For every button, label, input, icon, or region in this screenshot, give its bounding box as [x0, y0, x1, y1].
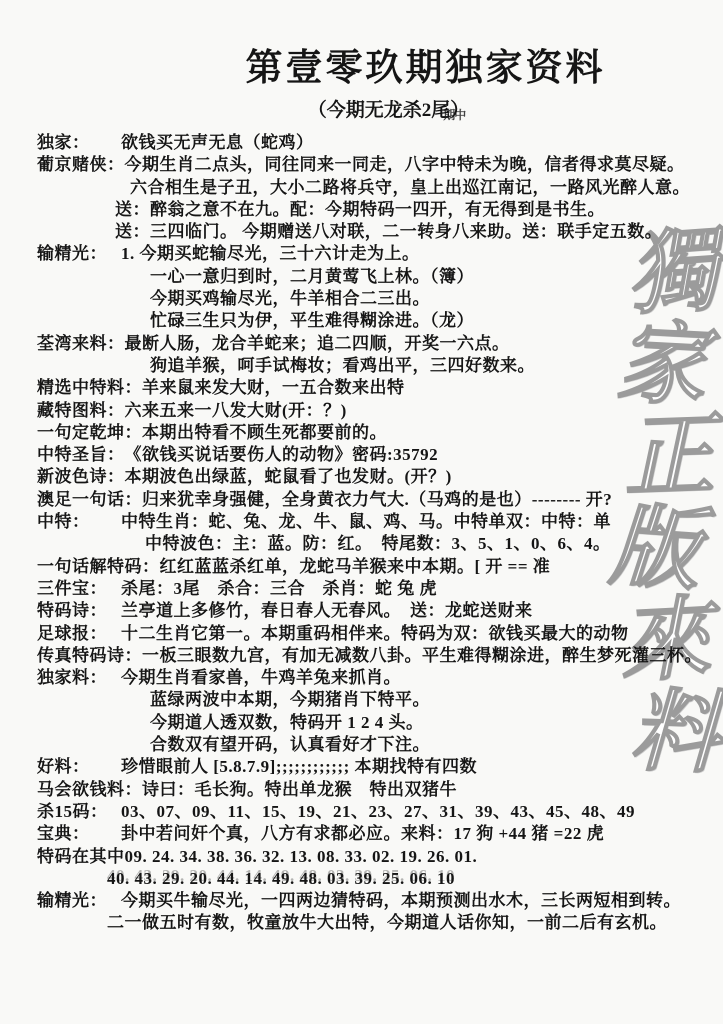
- line-text: 本期波色出绿蓝，蛇鼠看了也发财。(开？): [125, 467, 452, 486]
- line-text: 今期买鸡输尽光，牛羊相合二三出。: [150, 289, 430, 308]
- line-label: 输精光：: [37, 243, 121, 265]
- line-label: 精选中特料：: [37, 377, 142, 399]
- doc-line: 足球报：十二生肖它第一。本期重码相伴来。特码为双：欲钱买最大的动物: [37, 623, 717, 645]
- line-text: 今期生肖二点头，同往同来一同走，八字中特未为晚，信者得求莫尽疑。: [125, 155, 685, 174]
- doc-line: 狗追羊猴，呵手试梅妆；看鸡出平，三四好数来。: [37, 355, 717, 377]
- doc-line: 好料：珍惜眼前人 [5.8.7.9];;;;;;;;;;;; 本期找特有四数: [37, 756, 717, 778]
- line-label: 传真特码诗：: [37, 645, 142, 667]
- doc-line: 特码诗：兰亭道上多修竹，春日春人无春风。 送：龙蛇送财来: [37, 600, 717, 622]
- doc-line: 送：醉翁之意不在九。配：今期特码一四开，有无得到是书生。: [37, 199, 717, 221]
- line-text: 狗追羊猴，呵手试梅妆；看鸡出平，三四好数来。: [150, 356, 535, 375]
- line-label: 澳足一句话：: [37, 489, 142, 511]
- line-text: 中特波色：主：蓝。防：红。 特尾数：3、5、1、0、6、4。: [145, 534, 611, 553]
- line-text: 珍惜眼前人 [5.8.7.9];;;;;;;;;;;; 本期找特有四数: [121, 757, 477, 776]
- doc-line: 精选中特料：羊来鼠来发大财，一五合数来出特: [37, 377, 717, 399]
- doc-line: 荃湾来料：最断人肠，龙合羊蛇来；追二四顺，开奖一六点。: [37, 333, 717, 355]
- doc-line: 中特圣旨：《欲钱买说话要伤人的动物》密码:35792: [37, 444, 717, 466]
- doc-line: 中特：中特生肖：蛇、兔、龙、牛、鼠、鸡、马。中特单双：中特：单: [37, 511, 717, 533]
- doc-line: 澳足一句话：归来犹幸身强健，全身黄衣力气大.（马鸡的是也）-------- 开?: [37, 489, 717, 511]
- line-text: 诗曰：毛长狗。特出单龙猴 特出双猪牛: [142, 780, 457, 799]
- line-label: 特码在其中: [37, 846, 125, 868]
- doc-line: 马会欲钱料：诗曰：毛长狗。特出单龙猴 特出双猪牛: [37, 779, 717, 801]
- doc-line: 一句话解特码：红红蓝蓝杀红单，龙蛇马羊猴来中本期。[ 开 == 准: [37, 556, 717, 578]
- line-label: 新波色诗：: [37, 466, 125, 488]
- line-label: 荃湾来料：: [37, 333, 125, 355]
- line-text: 归来犹幸身强健，全身黄衣力气大.（马鸡的是也）-------- 开?: [142, 490, 612, 509]
- line-text: 1. 今期买蛇输尽光，三十六计走为上。: [121, 244, 420, 263]
- doc-line: 今期道人透双数，特码开 1 2 4 头。: [37, 712, 717, 734]
- line-text: 六来五来一八发大财(开：？): [125, 401, 347, 420]
- line-label: 独家：: [37, 132, 121, 154]
- document-page: 獨家正版來料 第壹零玖期独家资料 （今期无龙杀2尾）期中 独家：欲钱买无声无息（…: [0, 0, 723, 1024]
- line-text: 蓝绿两波中本期，今期猪肖下特平。: [150, 690, 430, 709]
- line-label: 好料：: [37, 756, 121, 778]
- line-text: 羊来鼠来发大财，一五合数来出特: [142, 378, 405, 397]
- doc-line: 藏特图料：六来五来一八发大财(开：？): [37, 400, 717, 422]
- line-text: 中特生肖：蛇、兔、龙、牛、鼠、鸡、马。中特单双：中特：单: [121, 512, 611, 531]
- doc-line: 独家料：今期生肖看家兽，牛鸡羊兔来抓肖。: [37, 667, 717, 689]
- doc-line: 合数双有望开码，认真看好才下注。: [37, 734, 717, 756]
- line-text: 03、07、09、11、15、19、21、23、27、31、39、43、45、4…: [121, 802, 635, 821]
- line-text: 杀尾：3尾 杀合：三合 杀肖：蛇 兔 虎: [121, 579, 437, 598]
- doc-line: 送：三四临门。 今期赠送八对联，二一转身八来助。送：联手定五数。: [37, 221, 717, 243]
- line-text: 忙碌三生只为伊，平生难得糊涂进。（龙）: [150, 311, 474, 330]
- line-text: 送：醉翁之意不在九。配：今期特码一四开，有无得到是书生。: [115, 200, 605, 219]
- line-label: 特码诗：: [37, 600, 121, 622]
- line-text: 二一做五时有数，牧童放牛大出特，今期道人话你知，一前二后有玄机。: [107, 913, 667, 932]
- doc-line: 二一做五时有数，牧童放牛大出特，今期道人话你知，一前二后有玄机。: [37, 912, 717, 934]
- line-text: 一心一意归到时，二月黄莺飞上林。（簿）: [150, 267, 474, 286]
- line-label: 足球报：: [37, 623, 121, 645]
- doc-line: 葡京赌侠：今期生肖二点头，同往同来一同走，八字中特未为晚，信者得求莫尽疑。: [37, 154, 717, 176]
- page-title: 第壹零玖期独家资料: [64, 44, 723, 94]
- line-label: 三件宝：: [37, 578, 121, 600]
- line-label: 葡京赌侠：: [37, 154, 125, 176]
- line-text: 红红蓝蓝杀红单，龙蛇马羊猴来中本期。[ 开 == 准: [160, 557, 551, 576]
- doc-line: 六合相生是子丑，大小二路将兵守，皇上出巡江南记，一路风光醉人意。: [37, 177, 717, 199]
- line-text: 送：三四临门。 今期赠送八对联，二一转身八来助。送：联手定五数。: [115, 222, 662, 241]
- line-text: 今期买牛输尽光，一四两边猜特码，本期预测出水木，三长两短相到转。: [121, 891, 681, 910]
- doc-line: 独家：欲钱买无声无息（蛇鸡）: [37, 132, 717, 154]
- document-header: 第壹零玖期独家资料 （今期无龙杀2尾）期中: [0, 44, 723, 125]
- page-subtitle: （今期无龙杀2尾）期中: [38, 98, 723, 125]
- line-text: 十二生肖它第一。本期重码相伴来。特码为双：欲钱买最大的动物: [121, 624, 629, 643]
- line-text: 欲钱买无声无息（蛇鸡）: [121, 133, 314, 152]
- line-label: 一句话解特码：: [37, 556, 160, 578]
- line-label: 一句定乾坤：: [37, 422, 142, 444]
- document-body: 独家：欲钱买无声无息（蛇鸡）葡京赌侠：今期生肖二点头，同往同来一同走，八字中特未…: [0, 132, 723, 935]
- line-text: 卦中若问奸个真，八方有求都必应。来料：17 狗 +44 猪 =22 虎: [121, 824, 604, 843]
- line-label: 藏特图料：: [37, 400, 125, 422]
- line-label: 中特：: [37, 511, 121, 533]
- doc-line: 一句定乾坤：本期出特看不顾生死都要前的。: [37, 422, 717, 444]
- line-text: 《欲钱买说话要伤人的动物》密码:35792: [125, 445, 439, 464]
- line-label: 宝典：: [37, 823, 121, 845]
- line-text: 最断人肠，龙合羊蛇来；追二四顺，开奖一六点。: [125, 334, 510, 353]
- doc-line: 40. 43. 29. 20. 44. 14. 49. 48. 03. 39. …: [37, 868, 717, 890]
- doc-line: 宝典：卦中若问奸个真，八方有求都必应。来料：17 狗 +44 猪 =22 虎: [37, 823, 717, 845]
- line-text: 兰亭道上多修竹，春日春人无春风。 送：龙蛇送财来: [121, 601, 533, 620]
- doc-line: 中特波色：主：蓝。防：红。 特尾数：3、5、1、0、6、4。: [37, 533, 717, 555]
- doc-line: 蓝绿两波中本期，今期猪肖下特平。: [37, 689, 717, 711]
- line-label: 独家料：: [37, 667, 121, 689]
- doc-line: 一心一意归到时，二月黄莺飞上林。（簿）: [37, 266, 717, 288]
- line-text: 一板三眼数九宫，有加无减数八卦。平生难得糊涂进，醉生梦死灌三杯。: [142, 646, 702, 665]
- doc-line: 传真特码诗：一板三眼数九宫，有加无减数八卦。平生难得糊涂进，醉生梦死灌三杯。: [37, 645, 717, 667]
- doc-line: 输精光：今期买牛输尽光，一四两边猜特码，本期预测出水木，三长两短相到转。: [37, 890, 717, 912]
- line-label: 杀15码：: [37, 801, 121, 823]
- doc-line: 输精光：1. 今期买蛇输尽光，三十六计走为上。: [37, 243, 717, 265]
- line-label: 中特圣旨：: [37, 444, 125, 466]
- line-label: 输精光：: [37, 890, 121, 912]
- doc-line: 杀15码：03、07、09、11、15、19、21、23、27、31、39、43…: [37, 801, 717, 823]
- line-label: 马会欲钱料：: [37, 779, 142, 801]
- line-text: 合数双有望开码，认真看好才下注。: [150, 735, 430, 754]
- line-text: 六合相生是子丑，大小二路将兵守，皇上出巡江南记，一路风光醉人意。: [130, 178, 690, 197]
- line-text: 40. 43. 29. 20. 44. 14. 49. 48. 03. 39. …: [107, 869, 455, 888]
- doc-line: 今期买鸡输尽光，牛羊相合二三出。: [37, 288, 717, 310]
- doc-line: 忙碌三生只为伊，平生难得糊涂进。（龙）: [37, 310, 717, 332]
- subtitle-overprint-artifact: 期中: [443, 108, 465, 122]
- doc-line: 新波色诗：本期波色出绿蓝，蛇鼠看了也发财。(开？): [37, 466, 717, 488]
- line-text: 本期出特看不顾生死都要前的。: [142, 423, 387, 442]
- line-text: 今期生肖看家兽，牛鸡羊兔来抓肖。: [121, 668, 401, 687]
- doc-line: 三件宝：杀尾：3尾 杀合：三合 杀肖：蛇 兔 虎: [37, 578, 717, 600]
- doc-line: 特码在其中09. 24. 34. 38. 36. 32. 13. 08. 33.…: [37, 846, 717, 868]
- line-text: 今期道人透双数，特码开 1 2 4 头。: [150, 713, 424, 732]
- line-text: 09. 24. 34. 38. 36. 32. 13. 08. 33. 02. …: [125, 847, 478, 866]
